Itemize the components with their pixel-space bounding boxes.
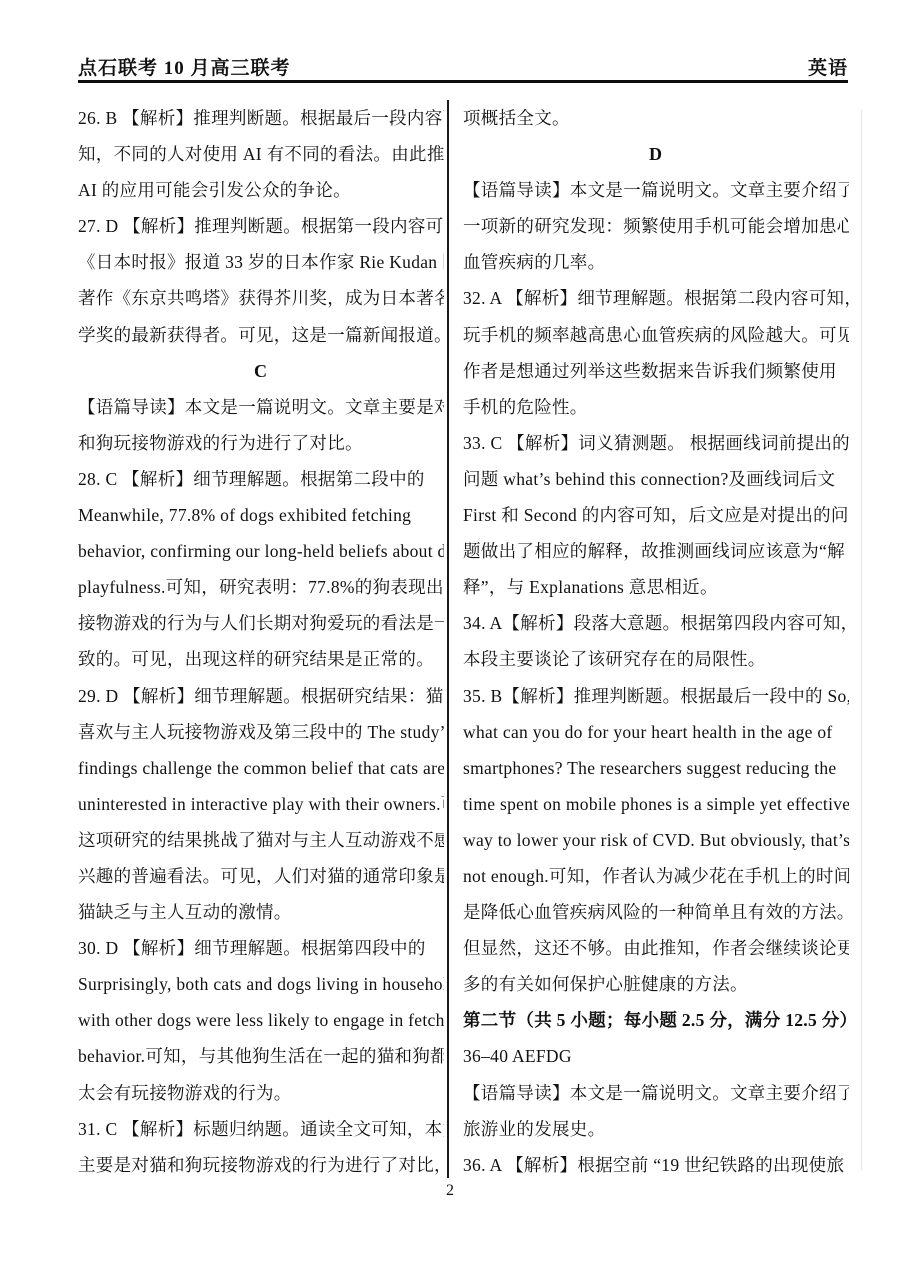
section-heading: D xyxy=(463,136,849,172)
text-line: 29. D 【解析】细节理解题。根据研究结果：猫也 xyxy=(78,678,444,714)
text-line: 27. D 【解析】推理判断题。根据第一段内容可知， xyxy=(78,208,444,244)
text-line: 【语篇导读】本文是一篇说明文。文章主要介绍了 xyxy=(463,1075,849,1111)
text-line: not enough.可知，作者认为减少花在手机上的时间 xyxy=(463,858,849,894)
text-line: 26. B 【解析】推理判断题。根据最后一段内容可 xyxy=(78,100,444,136)
text-line: 问题 what’s behind this connection?及画线词后文 xyxy=(463,461,849,497)
text-line: 旅游业的发展史。 xyxy=(463,1111,849,1147)
text-line: 34. A【解析】段落大意题。根据第四段内容可知， xyxy=(463,605,849,641)
document-page: 点石联考 10 月高三联考 英语 26. B 【解析】推理判断题。根据最后一段内… xyxy=(0,0,900,1272)
scan-edge-artifact xyxy=(861,110,862,1170)
text-line: 《日本时报》报道 33 岁的日本作家 Rie Kudan 因其 xyxy=(78,244,444,280)
text-line: 接物游戏的行为与人们长期对狗爱玩的看法是一 xyxy=(78,605,444,641)
text-line: 玩手机的频率越高患心血管疾病的风险越大。可见， xyxy=(463,317,849,353)
text-line: 但显然，这还不够。由此推知，作者会继续谈论更 xyxy=(463,930,849,966)
text-line: 36. A 【解析】根据空前 “19 世纪铁路的出现使旅 xyxy=(463,1147,849,1183)
text-line: 一项新的研究发现：频繁使用手机可能会增加患心 xyxy=(463,208,849,244)
text-line: 著作《东京共鸣塔》获得芥川奖，成为日本著名文 xyxy=(78,280,444,316)
page-header: 点石联考 10 月高三联考 英语 xyxy=(78,48,848,83)
text-line: Surprisingly, both cats and dogs living … xyxy=(78,966,444,1002)
text-line: 兴趣的普遍看法。可见，人们对猫的通常印象是： xyxy=(78,858,444,894)
text-line: First 和 Second 的内容可知，后文应是对提出的问 xyxy=(463,497,849,533)
text-line: 本段主要谈论了该研究存在的局限性。 xyxy=(463,641,849,677)
text-line: 35. B【解析】推理判断题。根据最后一段中的 So, xyxy=(463,678,849,714)
text-line: 血管疾病的几率。 xyxy=(463,244,849,280)
exam-title: 点石联考 10 月高三联考 xyxy=(78,53,291,80)
column-divider xyxy=(447,100,449,1178)
text-line: way to lower your risk of CVD. But obvio… xyxy=(463,822,849,858)
text-line: uninterested in interactive play with th… xyxy=(78,786,444,822)
text-line: behavior, confirming our long-held belie… xyxy=(78,533,444,569)
text-line: 32. A 【解析】细节理解题。根据第二段内容可知， xyxy=(463,280,849,316)
text-line: playfulness.可知，研究表明：77.8%的狗表现出的玩 xyxy=(78,569,444,605)
text-line: 31. C 【解析】标题归纳题。通读全文可知，本文 xyxy=(78,1111,444,1147)
text-line: findings challenge the common belief tha… xyxy=(78,750,444,786)
text-line: 致的。可见，出现这样的研究结果是正常的。 xyxy=(78,641,444,677)
section-heading: C xyxy=(78,353,444,389)
text-line: 太会有玩接物游戏的行为。 xyxy=(78,1075,444,1111)
text-line: with other dogs were less likely to enga… xyxy=(78,1002,444,1038)
text-line: what can you do for your heart health in… xyxy=(463,714,849,750)
text-line: 第二节（共 5 小题；每小题 2.5 分，满分 12.5 分） xyxy=(463,1002,849,1038)
text-line: 题做出了相应的解释，故推测画线词应该意为“解 xyxy=(463,533,849,569)
text-line: 释”，与 Explanations 意思相近。 xyxy=(463,569,849,605)
text-line: 这项研究的结果挑战了猫对与主人互动游戏不感 xyxy=(78,822,444,858)
text-line: 作者是想通过列举这些数据来告诉我们频繁使用 xyxy=(463,353,849,389)
text-line: 和狗玩接物游戏的行为进行了对比。 xyxy=(78,425,444,461)
text-line: 学奖的最新获得者。可见，这是一篇新闻报道。 xyxy=(78,317,444,353)
text-line: 30. D 【解析】细节理解题。根据第四段中的 xyxy=(78,930,444,966)
text-line: time spent on mobile phones is a simple … xyxy=(463,786,849,822)
text-line: Meanwhile, 77.8% of dogs exhibited fetch… xyxy=(78,497,444,533)
text-line: smartphones? The researchers suggest red… xyxy=(463,750,849,786)
text-line: 知，不同的人对使用 AI 有不同的看法。由此推知， xyxy=(78,136,444,172)
text-line: 【语篇导读】本文是一篇说明文。文章主要介绍了 xyxy=(463,172,849,208)
text-line: 猫缺乏与主人互动的激情。 xyxy=(78,894,444,930)
text-line: 是降低心血管疾病风险的一种简单且有效的方法。 xyxy=(463,894,849,930)
text-line: 主要是对猫和狗玩接物游戏的行为进行了对比，C xyxy=(78,1147,444,1183)
page-number: 2 xyxy=(0,1182,900,1200)
text-line: 多的有关如何保护心脏健康的方法。 xyxy=(463,966,849,1002)
text-line: 喜欢与主人玩接物游戏及第三段中的 The study’s xyxy=(78,714,444,750)
text-line: behavior.可知，与其他狗生活在一起的猫和狗都不 xyxy=(78,1038,444,1074)
text-line: 36–40 AEFDG xyxy=(463,1038,849,1074)
text-line: 28. C 【解析】细节理解题。根据第二段中的 xyxy=(78,461,444,497)
text-line: 【语篇导读】本文是一篇说明文。文章主要是对猫 xyxy=(78,389,444,425)
text-line: AI 的应用可能会引发公众的争论。 xyxy=(78,172,444,208)
left-column: 26. B 【解析】推理判断题。根据最后一段内容可知，不同的人对使用 AI 有不… xyxy=(78,100,444,1185)
subject-label: 英语 xyxy=(808,53,848,80)
text-line: 33. C 【解析】词义猜测题。 根据画线词前提出的 xyxy=(463,425,849,461)
right-column: 项概括全文。D【语篇导读】本文是一篇说明文。文章主要介绍了一项新的研究发现：频繁… xyxy=(463,100,849,1185)
text-line: 手机的危险性。 xyxy=(463,389,849,425)
text-line: 项概括全文。 xyxy=(463,100,849,136)
